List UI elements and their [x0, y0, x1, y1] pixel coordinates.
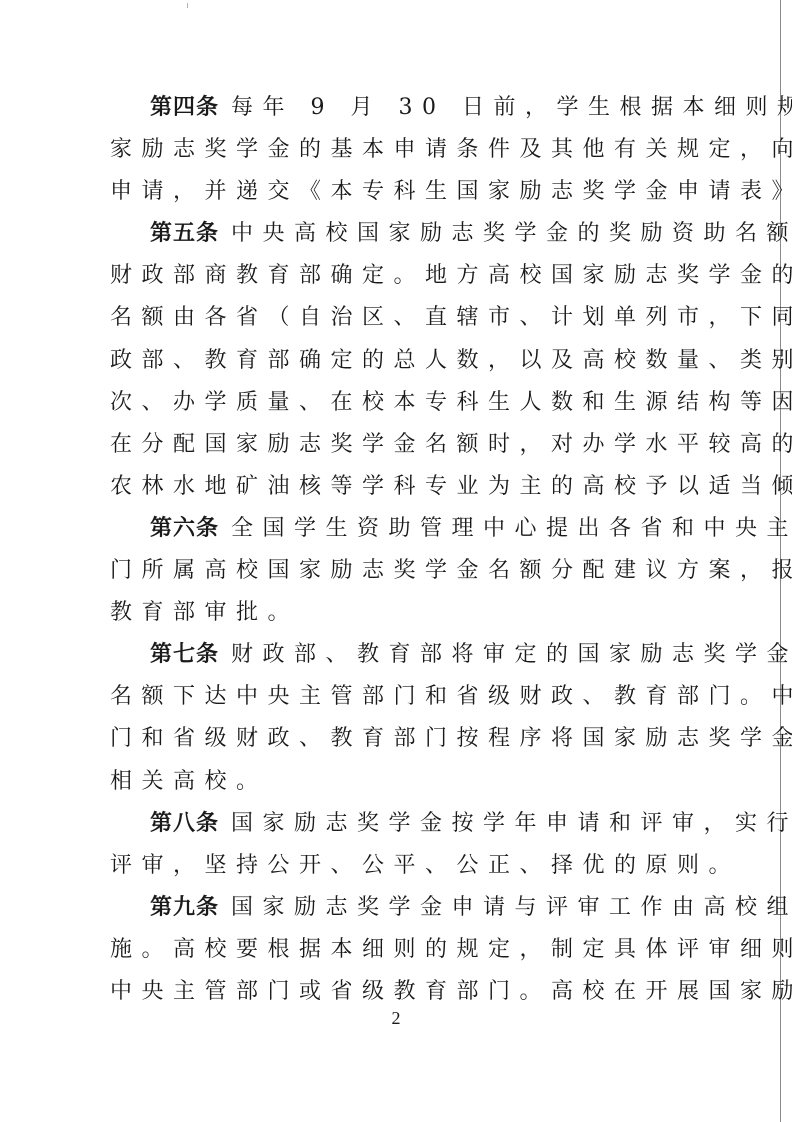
- article-line: 次、办学质量、在校本专科生人数和生源结构等因素确定。: [110, 382, 666, 424]
- article-line: 财政部商教育部确定。地方高校国家励志奖学金的奖励资助: [110, 255, 666, 297]
- scan-speck: [187, 3, 188, 8]
- article-line: 施。高校要根据本细则的规定，制定具体评审细则，并抄送: [110, 929, 666, 971]
- article-line: 第八条国家励志奖学金按学年申请和评审，实行等额: [110, 803, 666, 845]
- article-5: 第五条中央高校国家励志奖学金的奖励资助名额由 财政部商教育部确定。地方高校国家励…: [110, 213, 666, 508]
- article-line: 第四条每年 9 月 30 日前，学生根据本细则规定的国: [110, 87, 666, 129]
- article-line: 农林水地矿油核等学科专业为主的高校予以适当倾斜。: [110, 466, 666, 508]
- article-line: 门和省级财政、教育部门按程序将国家励志奖学金名额下达: [110, 718, 666, 760]
- article-label: 第五条: [150, 221, 219, 246]
- article-text: 中央高校国家励志奖学金的奖励资助名额由: [231, 221, 792, 246]
- article-4: 第四条每年 9 月 30 日前，学生根据本细则规定的国 家励志奖学金的基本申请条…: [110, 87, 666, 213]
- article-text: 国家励志奖学金按学年申请和评审，实行等额: [231, 811, 792, 836]
- article-6: 第六条全国学生资助管理中心提出各省和中央主管部 门所属高校国家励志奖学金名额分配…: [110, 508, 666, 634]
- article-line: 第五条中央高校国家励志奖学金的奖励资助名额由: [110, 213, 666, 255]
- article-line: 教育部审批。: [110, 592, 666, 634]
- article-line: 第六条全国学生资助管理中心提出各省和中央主管部: [110, 508, 666, 550]
- article-label: 第四条: [150, 95, 219, 120]
- article-line: 门所属高校国家励志奖学金名额分配建议方案，报财政部、: [110, 550, 666, 592]
- article-line: 中央主管部门或省级教育部门。高校在开展国家励志奖学金: [110, 971, 666, 1013]
- article-label: 第九条: [150, 895, 219, 920]
- article-8: 第八条国家励志奖学金按学年申请和评审，实行等额 评审，坚持公开、公平、公正、择优…: [110, 803, 666, 887]
- article-text: 每年 9 月 30 日前，学生根据本细则规定的国: [231, 95, 792, 120]
- article-label: 第六条: [150, 516, 219, 541]
- article-text: 全国学生资助管理中心提出各省和中央主管部: [231, 516, 792, 541]
- document-page: 第四条每年 9 月 30 日前，学生根据本细则规定的国 家励志奖学金的基本申请条…: [0, 0, 792, 1122]
- article-line: 在分配国家励志奖学金名额时，对办学水平较高的高校，以: [110, 424, 666, 466]
- article-7: 第七条财政部、教育部将审定的国家励志奖学金分配 名额下达中央主管部门和省级财政、…: [110, 634, 666, 802]
- document-body: 第四条每年 9 月 30 日前，学生根据本细则规定的国 家励志奖学金的基本申请条…: [110, 87, 666, 1013]
- article-text: 财政部、教育部将审定的国家励志奖学金分配: [231, 642, 792, 667]
- article-line: 评审，坚持公开、公平、公正、择优的原则。: [110, 845, 666, 887]
- page-number: 2: [0, 1008, 792, 1029]
- article-label: 第八条: [150, 811, 219, 836]
- article-line: 第九条国家励志奖学金申请与评审工作由高校组织实: [110, 887, 666, 929]
- article-line: 政部、教育部确定的总人数，以及高校数量、类别、办学层: [110, 340, 666, 382]
- article-line: 申请，并递交《本专科生国家励志奖学金申请表》(见附 2-1)。: [110, 171, 666, 213]
- article-label: 第七条: [150, 642, 219, 667]
- article-text: 国家励志奖学金申请与评审工作由高校组织实: [231, 895, 792, 920]
- article-line: 名额由各省（自治区、直辖市、计划单列市，下同）根据财: [110, 297, 666, 339]
- article-line: 家励志奖学金的基本申请条件及其他有关规定，向学校提出: [110, 129, 666, 171]
- article-line: 第七条财政部、教育部将审定的国家励志奖学金分配: [110, 634, 666, 676]
- article-9: 第九条国家励志奖学金申请与评审工作由高校组织实 施。高校要根据本细则的规定，制定…: [110, 887, 666, 1013]
- article-line: 名额下达中央主管部门和省级财政、教育部门。中央主管部: [110, 676, 666, 718]
- article-line: 相关高校。: [110, 761, 666, 803]
